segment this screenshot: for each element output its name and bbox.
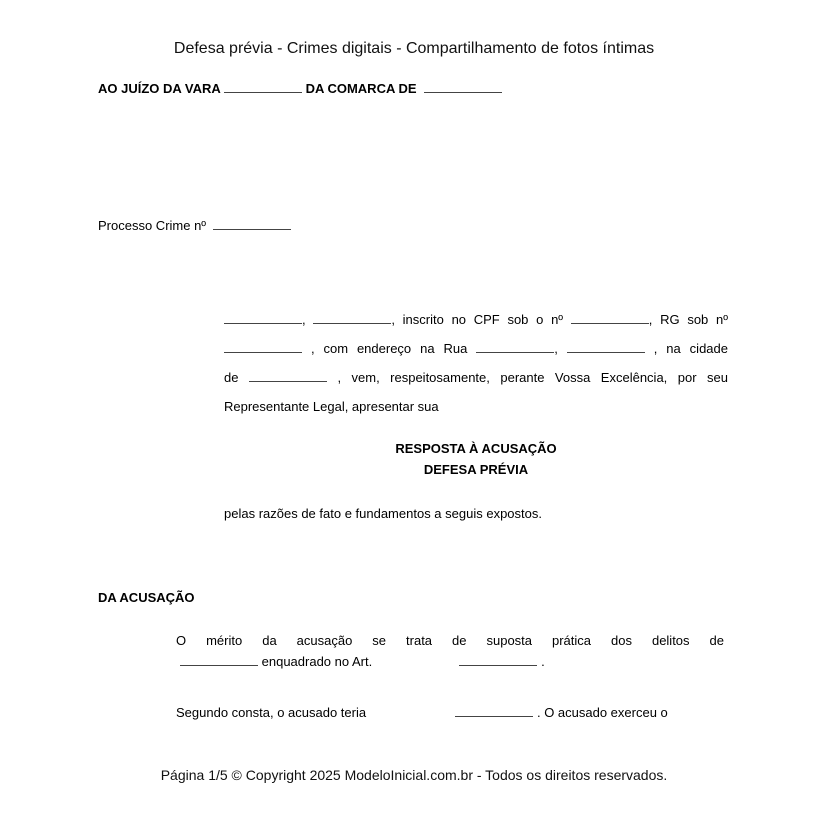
text: , vem, respeitosamente, perante Vossa Ex…: [337, 370, 728, 385]
text: ,: [554, 341, 558, 356]
text: ,: [302, 312, 306, 327]
process-number-blank: [213, 219, 291, 230]
city-blank: [249, 371, 327, 382]
heading-defesa-previa: DEFESA PRÉVIA: [224, 462, 728, 477]
section-title-acusacao: DA ACUSAÇÃO: [98, 590, 195, 605]
text: .: [541, 654, 545, 669]
comarca-blank: [424, 82, 502, 93]
rg-blank: [224, 342, 302, 353]
street-blank: [476, 342, 554, 353]
process-label: Processo Crime nº: [98, 218, 206, 233]
text: Segundo consta, o acusado teria: [176, 705, 366, 720]
accusation-line-1: O mérito da acusação se trata de suposta…: [176, 633, 724, 648]
addressee-vara-label: AO JUÍZO DA VARA: [98, 81, 220, 96]
cpf-label: , inscrito no CPF sob o nº: [391, 312, 563, 327]
qualification-line-4: Representante Legal, apresentar sua: [224, 399, 728, 414]
text: . O acusado exerceu o: [537, 705, 668, 720]
rg-label: , RG sob nº: [649, 312, 728, 327]
city-label: , na cidade: [654, 341, 728, 356]
heading-resposta: RESPOSTA À ACUSAÇÃO: [224, 441, 728, 456]
name-blank: [224, 313, 302, 324]
reasons-line: pelas razões de fato e fundamentos a seg…: [224, 506, 728, 521]
page-footer: Página 1/5 © Copyright 2025 ModeloInicia…: [0, 767, 828, 783]
number-blank: [567, 342, 645, 353]
process-number-line: Processo Crime nº: [98, 218, 291, 233]
article-blank: [459, 655, 537, 666]
cpf-blank: [571, 313, 649, 324]
addressee-comarca-label: DA COMARCA DE: [306, 81, 417, 96]
addressee-line: AO JUÍZO DA VARA DA COMARCA DE: [98, 81, 502, 96]
facts-blank: [455, 706, 533, 717]
nationality-blank: [313, 313, 391, 324]
vara-blank: [224, 82, 302, 93]
qualification-line-1: , , inscrito no CPF sob o nº , RG sob nº: [224, 312, 728, 327]
accusation-line-3: Segundo consta, o acusado teria . O acus…: [176, 705, 728, 720]
address-label: , com endereço na Rua: [311, 341, 467, 356]
qualification-line-3: de , vem, respeitosamente, perante Vossa…: [224, 370, 728, 385]
accusation-line-2: enquadrado no Art. .: [180, 654, 545, 669]
text: de: [224, 370, 238, 385]
document-title: Defesa prévia - Crimes digitais - Compar…: [0, 40, 828, 58]
qualification-line-2: , com endereço na Rua , , na cidade: [224, 341, 728, 356]
crime-blank: [180, 655, 258, 666]
text: enquadrado no Art.: [262, 654, 373, 669]
